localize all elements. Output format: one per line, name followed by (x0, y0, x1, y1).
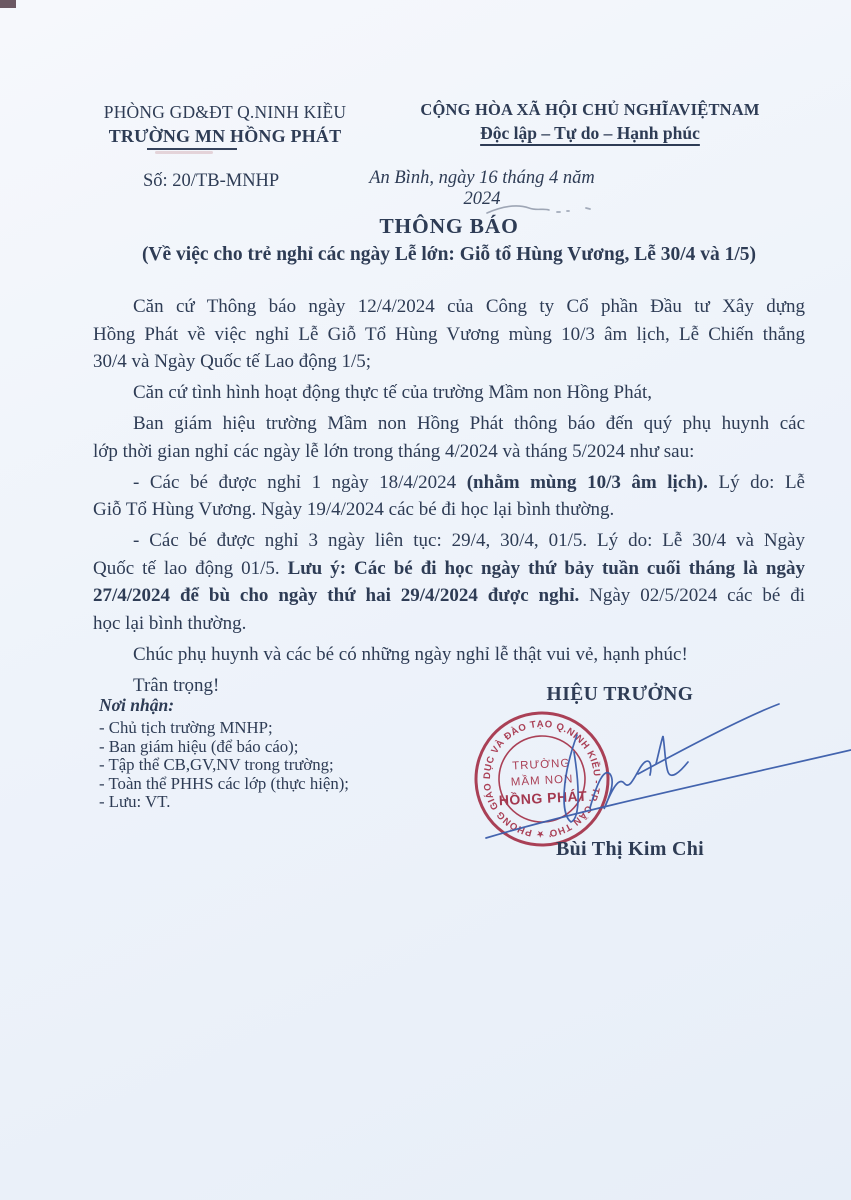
body-text: - Các bé được nghỉ 3 ngày liên tục: 29/4… (133, 530, 805, 551)
body-line: 27/4/2024 để bù cho ngày thứ hai 29/4/20… (93, 582, 805, 610)
body-text: học lại bình thường. (93, 613, 246, 634)
body-text: Căn cứ tình hình hoạt động thực tế của t… (133, 382, 652, 403)
body-line: Quốc tế lao động 01/5. Lưu ý: Các bé đi … (93, 555, 805, 583)
body-text: Lý do: Lễ (708, 472, 805, 493)
paragraph: - Các bé được nghỉ 1 ngày 18/4/2024 (nhằ… (93, 469, 805, 524)
recipient-item: - Chủ tịch trường MNHP; (99, 719, 429, 738)
body-text-bold: 27/4/2024 để bù cho ngày thứ hai 29/4/20… (93, 585, 579, 606)
body-text: lớp thời gian nghỉ các ngày lễ lớn trong… (93, 441, 694, 462)
notice-subtitle: (Về việc cho trẻ nghỉ các ngày Lễ lớn: G… (80, 244, 818, 266)
signer-name: Bùi Thị Kim Chi (515, 838, 745, 861)
body-line: Giỗ Tổ Hùng Vương. Ngày 19/4/2024 các bé… (93, 496, 805, 524)
body-line: Hồng Phát về việc nghỉ Lễ Giỗ Tổ Hùng Vư… (93, 321, 805, 349)
body: Căn cứ Thông báo ngày 12/4/2024 của Công… (93, 293, 805, 703)
recipient-item: - Tập thể CB,GV,NV trong trường; (99, 756, 429, 775)
issuer-school-name: TRƯỜNG MN HỒNG PHÁT (100, 126, 350, 147)
national-motto-line2: Độc lập – Tự do – Hạnh phúc (375, 123, 805, 144)
recipients-label: Nơi nhận: (99, 695, 429, 716)
recipients-block: Nơi nhận: - Chủ tịch trường MNHP;- Ban g… (99, 695, 429, 812)
scan-ink-smear (155, 151, 213, 154)
body-text: Quốc tế lao động 01/5. (93, 558, 288, 579)
recipient-item: - Lưu: VT. (99, 793, 429, 812)
body-line: 30/4 và Ngày Quốc tế Lao động 1/5; (93, 348, 805, 376)
issuer-underline (147, 148, 237, 150)
body-line: - Các bé được nghỉ 3 ngày liên tục: 29/4… (93, 527, 805, 555)
national-header: CỘNG HÒA XÃ HỘI CHỦ NGHĨAVIỆTNAM Độc lập… (375, 100, 805, 144)
body-line: Ban giám hiệu trường Mầm non Hồng Phát t… (93, 410, 805, 438)
body-text: 30/4 và Ngày Quốc tế Lao động 1/5; (93, 351, 371, 372)
document-number: Số: 20/TB-MNHP (143, 171, 279, 192)
body-text: - Các bé được nghỉ 1 ngày 18/4/2024 (133, 472, 467, 493)
body-text: Căn cứ Thông báo ngày 12/4/2024 của Công… (133, 296, 805, 317)
body-text: Chúc phụ huynh và các bé có những ngày n… (133, 644, 688, 665)
body-line: lớp thời gian nghỉ các ngày lễ lớn trong… (93, 438, 805, 466)
paragraph: Ban giám hiệu trường Mầm non Hồng Phát t… (93, 410, 805, 465)
paragraph: Căn cứ Thông báo ngày 12/4/2024 của Công… (93, 293, 805, 376)
body-text: Ngày 02/5/2024 các bé đi (579, 585, 805, 606)
body-text: Giỗ Tổ Hùng Vương. Ngày 19/4/2024 các bé… (93, 499, 614, 520)
recipient-item: - Toàn thể PHHS các lớp (thực hiện); (99, 775, 429, 794)
body-line: Chúc phụ huynh và các bé có những ngày n… (93, 641, 805, 669)
body-line: Căn cứ Thông báo ngày 12/4/2024 của Công… (93, 293, 805, 321)
body-line: Căn cứ tình hình hoạt động thực tế của t… (93, 379, 805, 407)
recipients-list: - Chủ tịch trường MNHP;- Ban giám hiệu (… (99, 719, 429, 812)
body-text: Hồng Phát về việc nghỉ Lễ Giỗ Tổ Hùng Vư… (93, 324, 805, 345)
body-text: Trân trọng! (133, 675, 219, 696)
paragraph: - Các bé được nghỉ 3 ngày liên tục: 29/4… (93, 527, 805, 637)
recipient-item: - Ban giám hiệu (để báo cáo); (99, 738, 429, 757)
issuer-header: PHÒNG GD&ĐT Q.NINH KIỀU TRƯỜNG MN HỒNG P… (100, 102, 350, 147)
body-text: Ban giám hiệu trường Mầm non Hồng Phát t… (133, 413, 805, 434)
body-line: học lại bình thường. (93, 610, 805, 638)
scan-corner-artifact (0, 0, 16, 8)
body-text-bold: Lưu ý: Các bé đi học ngày thứ bảy tuần c… (288, 558, 805, 579)
body-line: - Các bé được nghỉ 1 ngày 18/4/2024 (nhằ… (93, 469, 805, 497)
principal-signature (430, 688, 851, 853)
national-motto-line1: CỘNG HÒA XÃ HỘI CHỦ NGHĨAVIỆTNAM (375, 100, 805, 120)
scanned-notice-document: PHÒNG GD&ĐT Q.NINH KIỀU TRƯỜNG MN HỒNG P… (0, 0, 851, 1200)
notice-title: THÔNG BÁO (93, 214, 805, 239)
paragraph: Căn cứ tình hình hoạt động thực tế của t… (93, 379, 805, 407)
paragraph: Chúc phụ huynh và các bé có những ngày n… (93, 641, 805, 669)
body-text-bold: (nhằm mùng 10/3 âm lịch). (467, 472, 708, 493)
issuer-department: PHÒNG GD&ĐT Q.NINH KIỀU (100, 102, 350, 123)
